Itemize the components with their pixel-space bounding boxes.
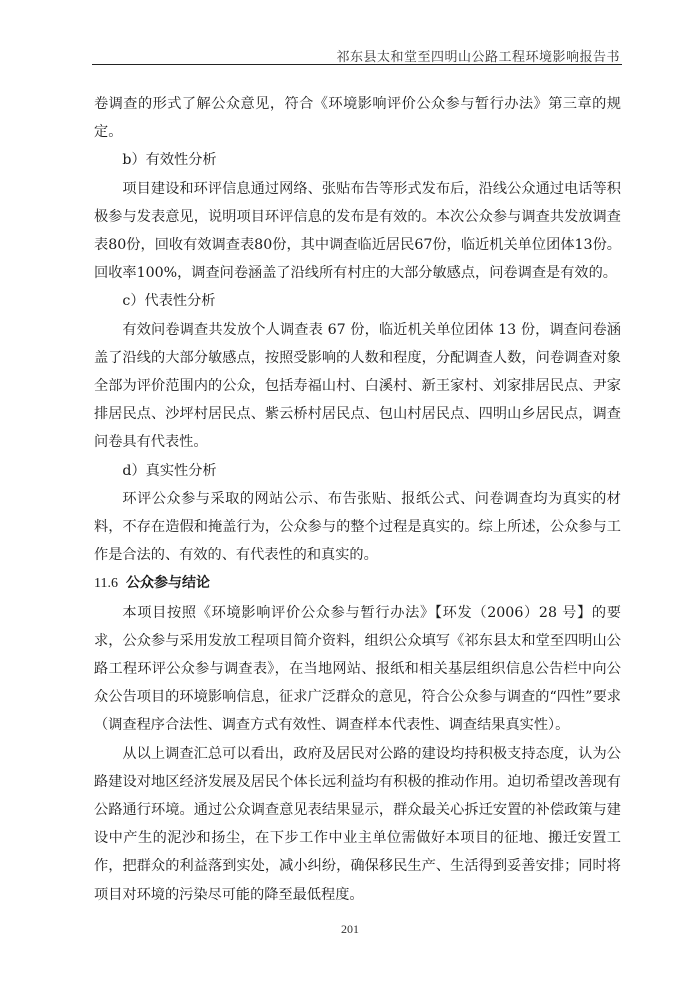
paragraph-validity: 项目建设和环评信息通过网络、张贴布告等形式发布后，沿线公众通过电话等积极参与发表… [94,175,621,288]
page-body: 卷调查的形式了解公众意见，符合《环境影响评价公众参与暂行办法》第三章的规定。 b… [94,90,621,909]
paragraph-conclusion-2: 从以上调查汇总可以看出，政府及居民对公路的建设均持积极支持态度，认为公路建设对地… [94,740,621,909]
subheading-representativeness: c）代表性分析 [94,287,621,315]
subheading-validity: b）有效性分析 [94,146,621,174]
paragraph-intro-continuation: 卷调查的形式了解公众意见，符合《环境影响评价公众参与暂行办法》第三章的规定。 [94,90,621,146]
page-number: 201 [0,922,700,937]
paragraph-representativeness: 有效问卷调查共发放个人调查表 67 份，临近机关单位团体 13 份，调查问卷涵盖… [94,316,621,457]
subheading-authenticity: d）真实性分析 [94,457,621,485]
section-heading: 11.6公众参与结论 [94,569,621,598]
header-rule [92,64,622,65]
paragraph-conclusion-1: 本项目按照《环境影响评价公众参与暂行办法》【环发（2006）28 号】的要求，公… [94,599,621,740]
paragraph-authenticity: 环评公众参与采取的网站公示、布告张贴、报纸公式、问卷调查均为真实的材料，不存在造… [94,485,621,570]
section-number: 11.6 [94,576,118,591]
running-header-title: 祁东县太和堂至四明山公路工程环境影响报告书 [336,46,620,65]
section-title: 公众参与结论 [126,575,210,591]
